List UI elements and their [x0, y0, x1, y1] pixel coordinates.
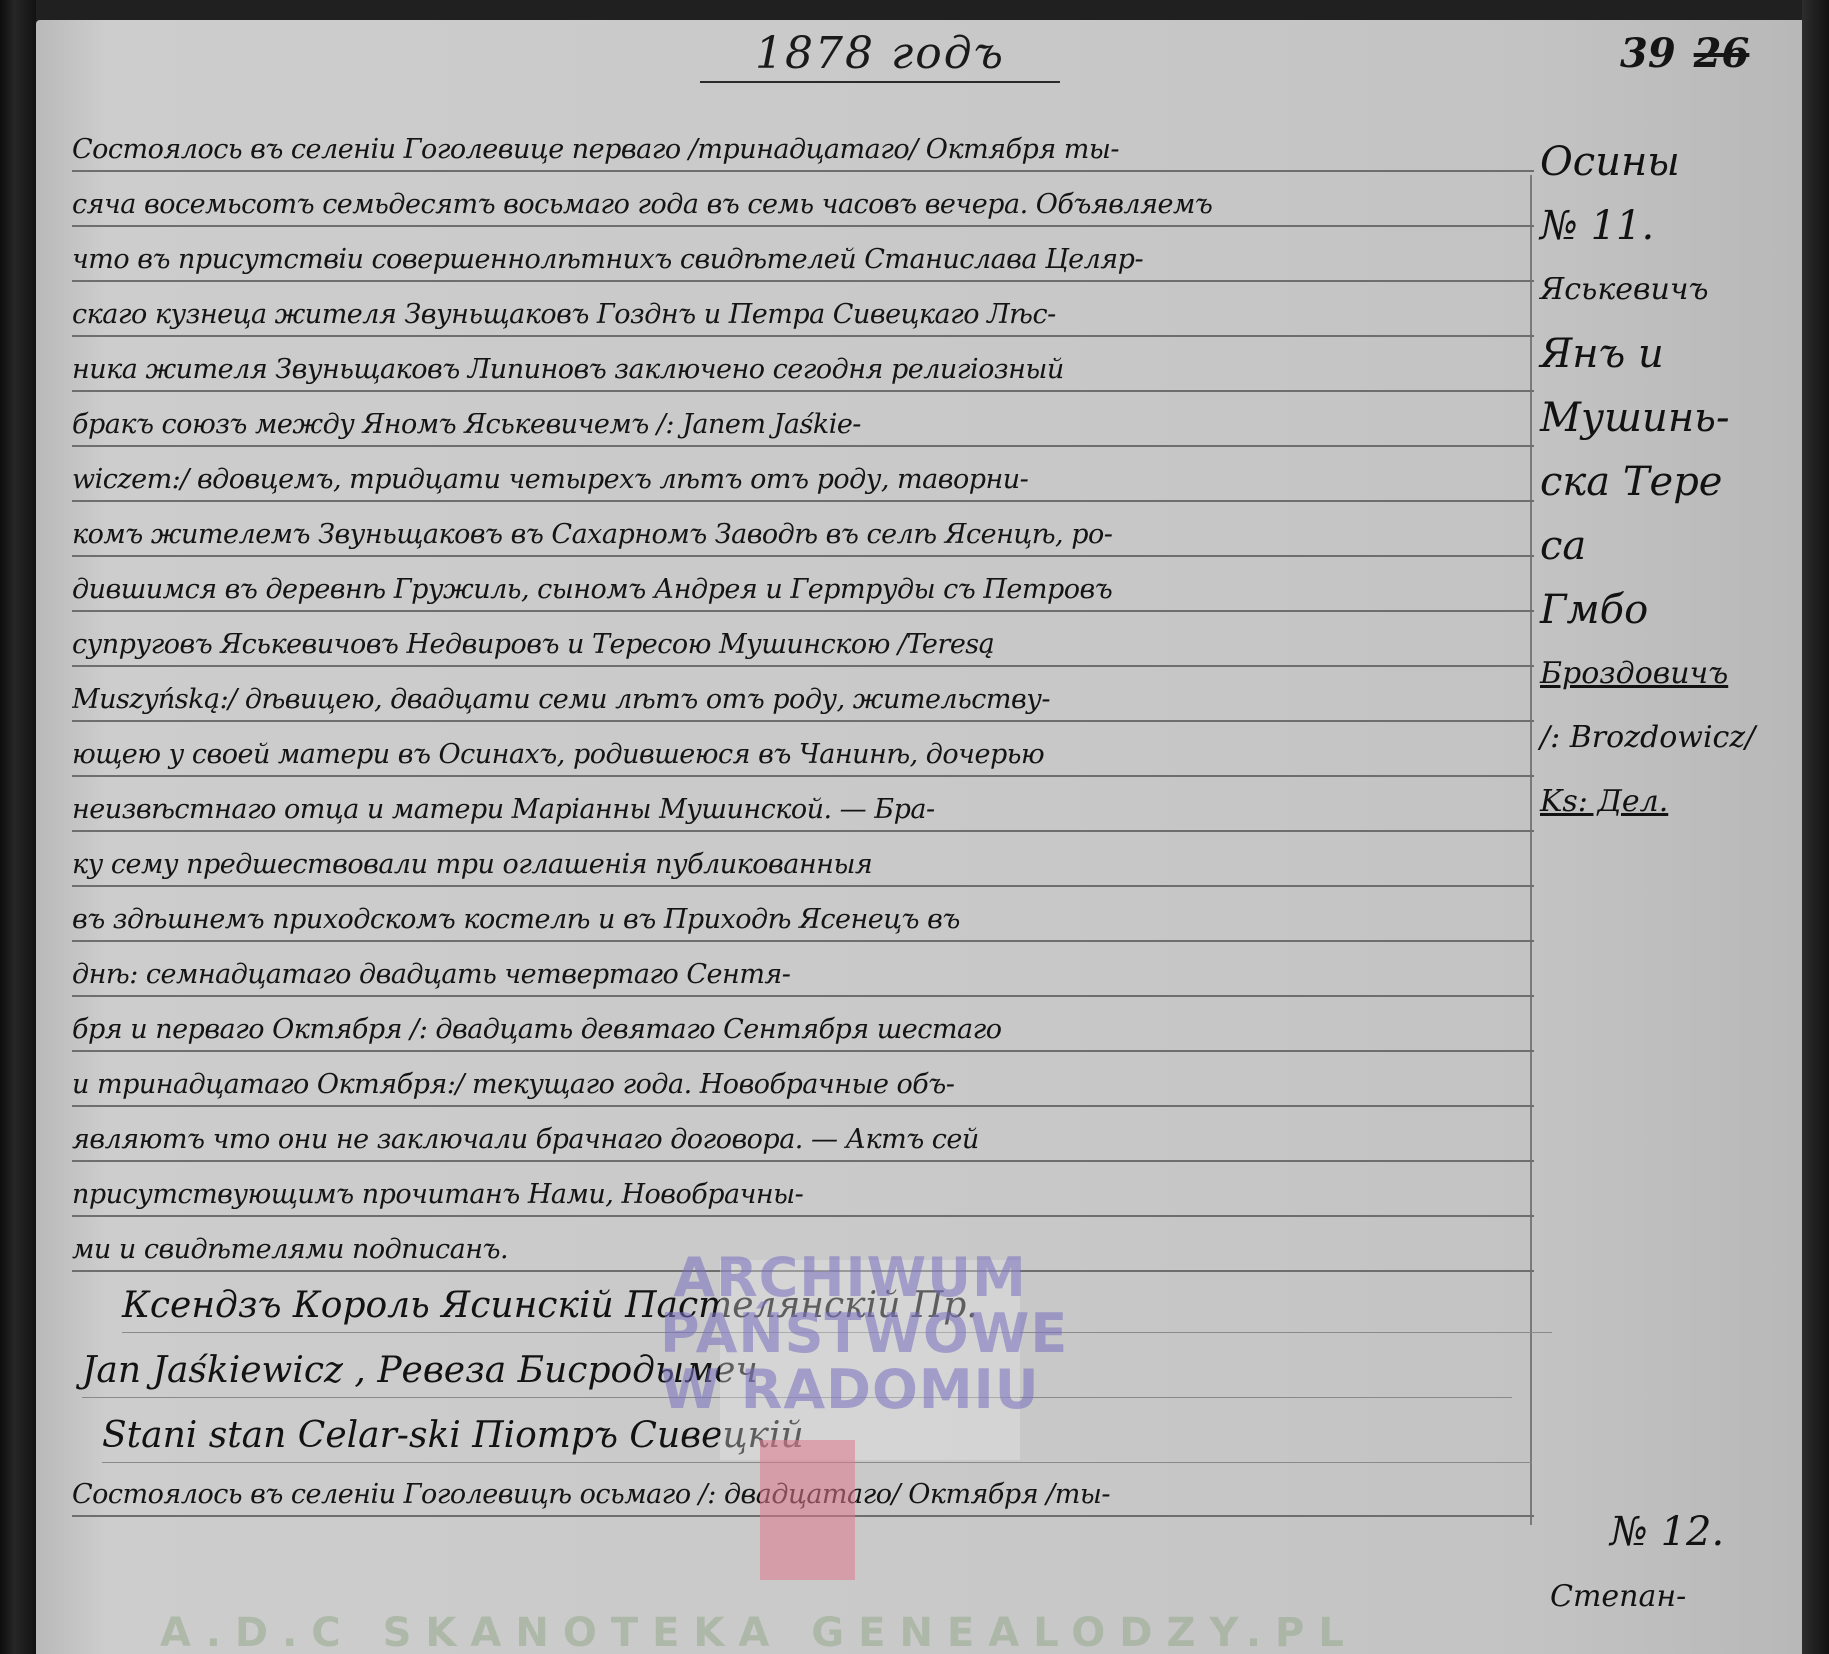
body-line: ку сему предшествовали три оглашенія пуб… [72, 845, 1534, 887]
book-binding [0, 0, 36, 1654]
watermark-accent [760, 1440, 855, 1580]
year-heading: 1878 годъ [700, 28, 1060, 83]
folio-current: 39 [1620, 30, 1676, 77]
body-line: бря и перваго Октября /: двадцать девята… [72, 1010, 1534, 1052]
margin-bride-surname: Мушинь- [1540, 386, 1780, 450]
body-line: и тринадцатаго Октября:/ текущаго года. … [72, 1065, 1534, 1107]
body-line: ющею у своей матери въ Осинахъ, родившею… [72, 735, 1534, 777]
margin-record-number: № 11. [1540, 194, 1780, 258]
body-line: Состоялось въ селеніи Гоголевице перваго… [72, 130, 1534, 172]
body-line: комъ жителемъ Звуньщаковъ въ Сахарномъ З… [72, 515, 1534, 557]
body-line: являютъ что они не заключали брачнаго до… [72, 1120, 1534, 1162]
body-line: бракъ союзъ между Яномъ Яськевичемъ /: J… [72, 405, 1534, 447]
body-line: что въ присутствіи совершеннолѣтнихъ сви… [72, 240, 1534, 282]
margin-bride-name: ска Тере [1540, 450, 1780, 514]
folio-struck: 26 [1694, 30, 1750, 77]
folio-number: 3926 [1620, 30, 1749, 77]
body-line: днѣ: семнадцатаго двадцать четвертаго Се… [72, 955, 1534, 997]
body-line: неизвѣстнаго отца и матери Маріанны Муши… [72, 790, 1534, 832]
margin-groom-surname: Яськевичъ [1540, 258, 1780, 322]
margin-bride-name-cont: са [1540, 514, 1780, 578]
body-line: wiczem:/ вдовцемъ, тридцати четырехъ лѣт… [72, 460, 1534, 502]
watermark-line: PAŃSTWOWE [660, 1306, 1040, 1362]
record-1-margin: Осины № 11. Яськевичъ Янъ и Мушинь- ска … [1540, 130, 1780, 834]
body-line: супруговъ Яськевичовъ Недвировъ и Тересо… [72, 625, 1534, 667]
body-line: ника жителя Звуньщаковъ Липиновъ заключе… [72, 350, 1534, 392]
record-2-place: Степан- [1550, 1565, 1686, 1629]
margin-annotation-surname: Броздовичъ [1540, 642, 1780, 706]
body-line: сяча восемьсотъ семьдесятъ восьмаго года… [72, 185, 1534, 227]
scanned-document: 1878 годъ 3926 Состоялось въ селеніи Гог… [0, 0, 1829, 1654]
margin-annotation: Гмбо [1540, 578, 1780, 642]
watermark-line: W RADOMIU [660, 1362, 1040, 1418]
margin-annotation-polish: /: Brozdowicz/ [1540, 706, 1780, 770]
scan-watermark: A.D.C SKANOTEKA GENEALODZY.PL [160, 1610, 1560, 1654]
record-2-number: № 12. [1610, 1500, 1724, 1564]
body-line: дившимся въ деревнѣ Гружиль, сыномъ Андр… [72, 570, 1534, 612]
margin-groom-name: Янъ и [1540, 322, 1780, 386]
body-line: скаго кузнеца жителя Звуньщаковъ Гозднъ … [72, 295, 1534, 337]
margin-place: Осины [1540, 130, 1780, 194]
body-line: въ здѣшнемъ приходскомъ костелѣ и въ При… [72, 900, 1534, 942]
archive-watermark: ARCHIWUM PAŃSTWOWE W RADOMIU [660, 1250, 1040, 1418]
margin-annotation-signature: Ks: Дел. [1540, 770, 1780, 834]
page-edge [1802, 0, 1829, 1654]
body-line: присутствующимъ прочитанъ Нами, Новобрач… [72, 1175, 1534, 1217]
body-line: Muszyńską:/ дѣвицею, двадцати семи лѣтъ … [72, 680, 1534, 722]
watermark-line: ARCHIWUM [660, 1250, 1040, 1306]
